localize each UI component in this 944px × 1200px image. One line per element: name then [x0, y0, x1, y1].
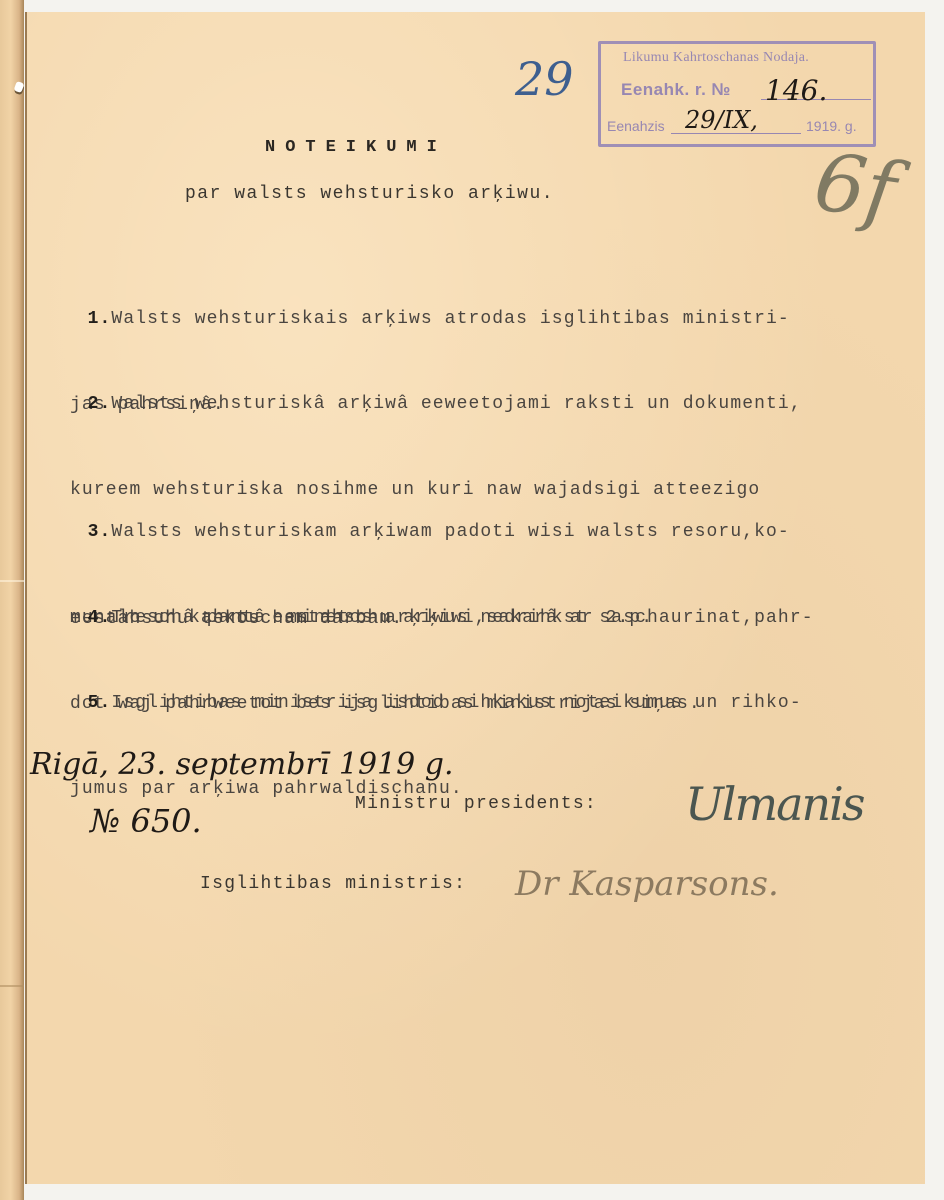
- clause-number: 1.: [88, 309, 112, 329]
- clause-number: 4.: [88, 608, 112, 628]
- clause-number: 5.: [88, 693, 112, 713]
- document-page: 29 Likumu Kahrtoschanas Nodaja. Eenahk. …: [25, 12, 925, 1184]
- prime-minister-signature: Ulmanis: [685, 777, 863, 831]
- binding-seam: [0, 580, 24, 582]
- stamp-date-row: Eenahzis: [607, 118, 665, 134]
- stamp-incoming-row: Eenahk. r. №: [621, 80, 731, 100]
- clause-line: Treschâ pantâ minetos arķiwus nedrihkst …: [111, 608, 813, 628]
- scan-background: [25, 1184, 925, 1200]
- stamp-date-label: Eenahzis: [607, 118, 665, 134]
- margin-handwritten-mark: 6f: [809, 135, 902, 238]
- blue-pencil-number: 29: [515, 52, 574, 106]
- stamp-incoming-label: Eenahk. r. №: [621, 80, 731, 99]
- document-title: NOTEIKUMI: [265, 138, 447, 157]
- prime-minister-label: Ministru presidents:: [355, 794, 597, 814]
- stamp-date-value: 29/IX,: [685, 106, 758, 134]
- document-subtitle: par walsts wehsturisko arķiwu.: [185, 184, 554, 204]
- binding-seam: [0, 985, 24, 987]
- binding-strip: [0, 0, 24, 1200]
- clause-line: Walsts wehsturiskam arķiwam padoti wisi …: [111, 522, 789, 542]
- binding-clip: [14, 81, 25, 93]
- education-minister-signature: Dr Kasparsons.: [515, 864, 779, 904]
- clause-line: Isglihtibas ministrija isdod sihkakus no…: [111, 693, 801, 713]
- clause-number: 2.: [88, 394, 112, 414]
- education-minister-label: Isglihtibas ministris:: [200, 874, 466, 894]
- document-number: № 650.: [90, 802, 202, 840]
- stamp-office: Likumu Kahrtoschanas Nodaja.: [623, 50, 809, 66]
- clause-number: 3.: [88, 522, 112, 542]
- clause-line: Walsts wehsturiskâ arķiwâ eeweetojami ra…: [111, 394, 801, 414]
- clause-line: Walsts wehsturiskais arķiws atrodas isgl…: [111, 309, 789, 329]
- place-and-date: Rigā, 23. septembrī 1919 g.: [30, 747, 454, 782]
- stamp-year: 1919. g.: [806, 118, 857, 134]
- stamp-incoming-number: 146.: [765, 74, 827, 107]
